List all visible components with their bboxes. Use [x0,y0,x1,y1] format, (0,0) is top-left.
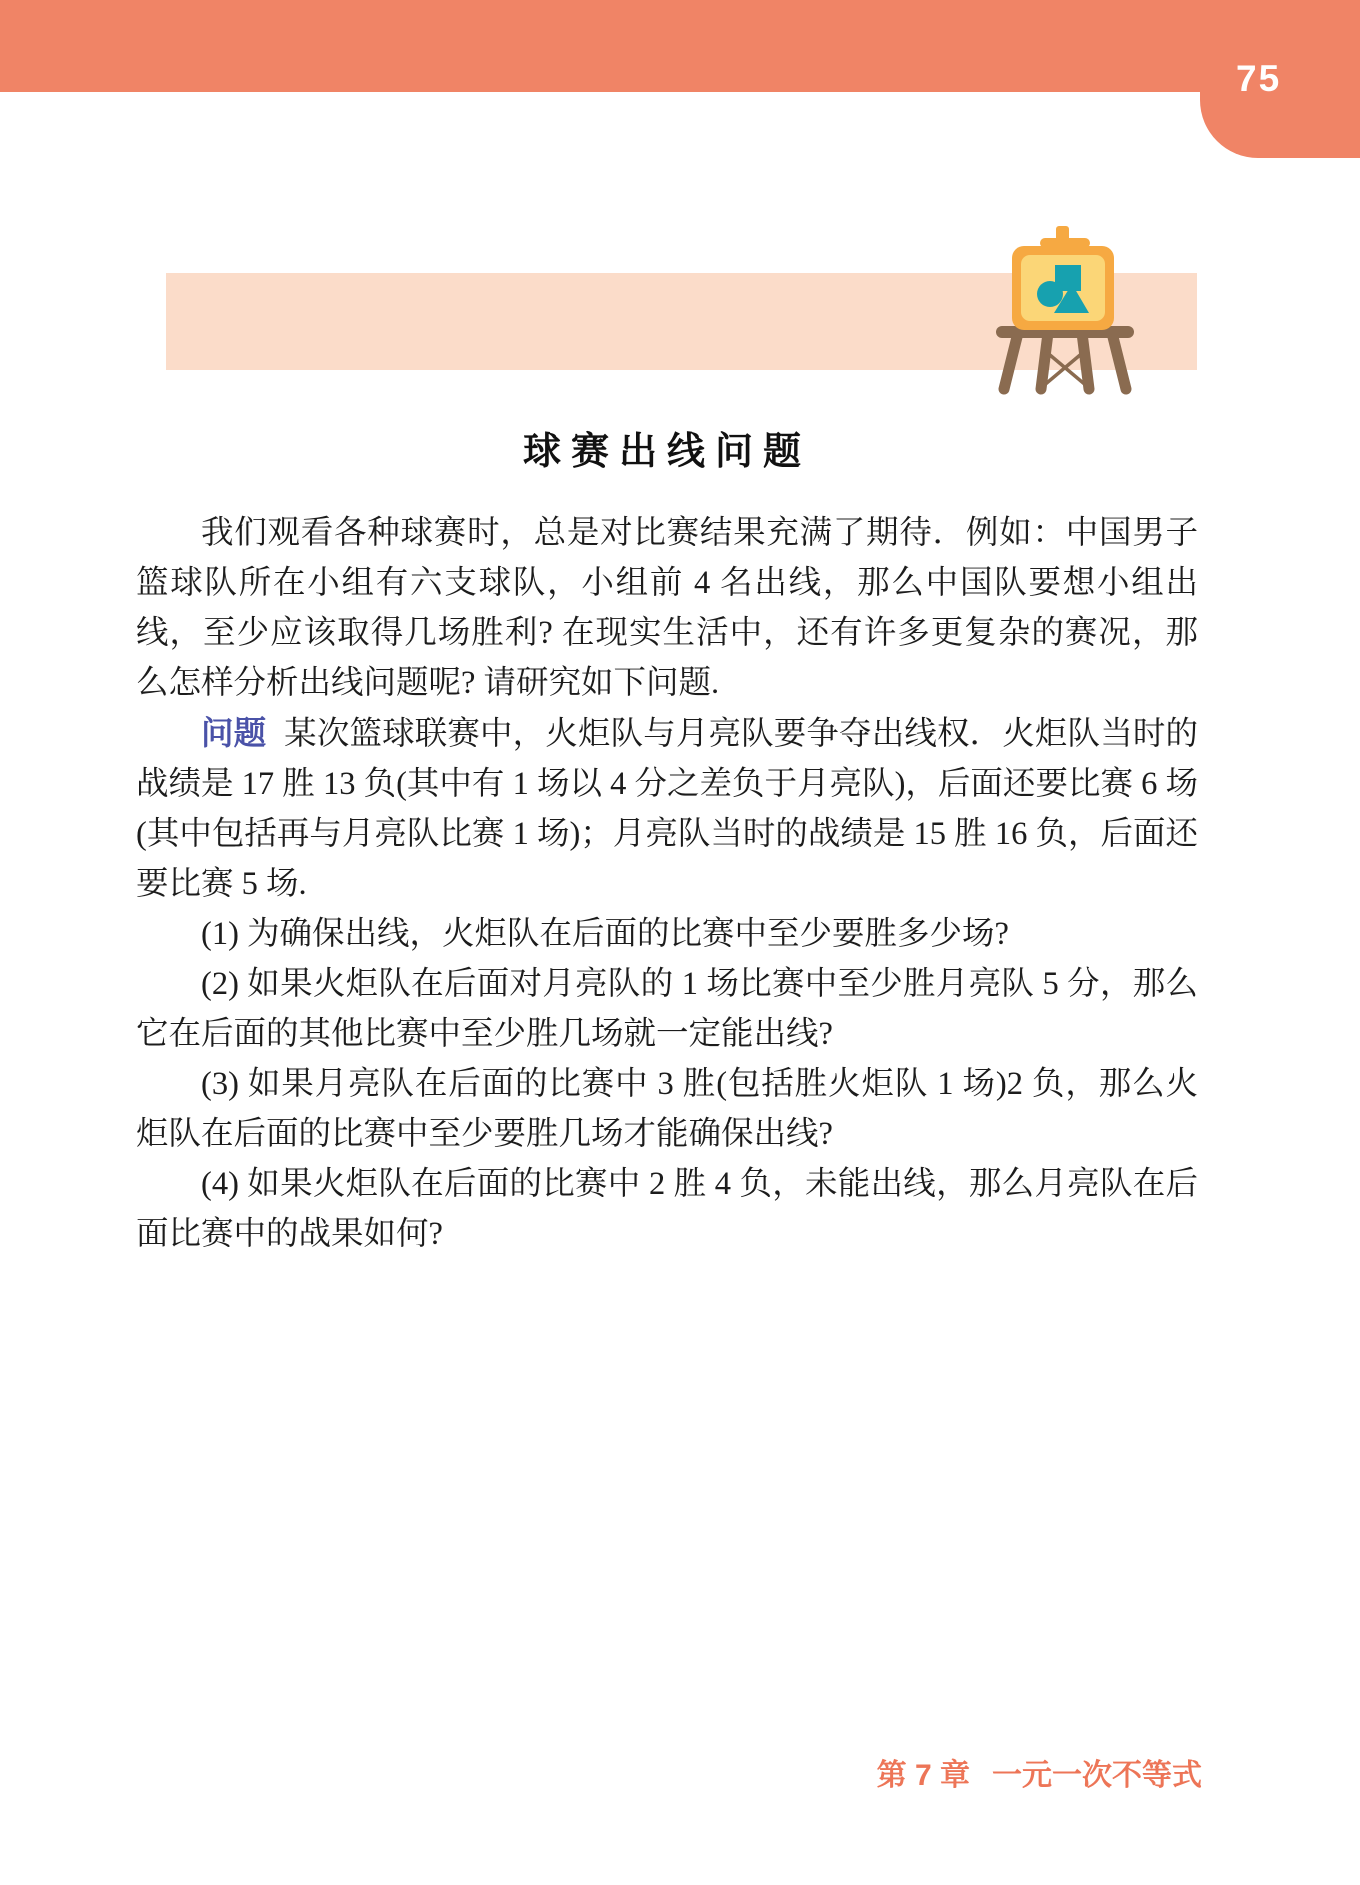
page-footer: 第 7 章一元一次不等式 [877,1750,1202,1794]
question-1: (1) 为确保出线，火炬队在后面的比赛中至少要胜多少场? [136,909,1198,959]
question-3: (3) 如果月亮队在后面的比赛中 3 胜(包括胜火炬队 1 场)2 负，那么火炬… [136,1059,1198,1159]
question-2: (2) 如果火炬队在后面对月亮队的 1 场比赛中至少胜月亮队 5 分，那么它在后… [136,959,1198,1059]
page-number: 75 [1236,58,1281,100]
problem-text: 某次篮球联赛中，火炬队与月亮队要争夺出线权．火炬队当时的战绩是 17 胜 13 … [136,716,1198,902]
page-number-tab: 75 [1200,0,1360,158]
problem-paragraph: 问题某次篮球联赛中，火炬队与月亮队要争夺出线权．火炬队当时的战绩是 17 胜 1… [136,708,1198,909]
footer-chapter-title: 一元一次不等式 [992,1759,1202,1792]
problem-label: 问题 [201,715,266,751]
easel-icon [995,222,1135,397]
section-title: 球赛出线问题 [136,420,1198,475]
footer-chapter-number: 第 7 章 [877,1759,970,1792]
intro-paragraph: 我们观看各种球赛时，总是对比赛结果充满了期待．例如：中国男子篮球队所在小组有六支… [136,508,1198,708]
body-text: 我们观看各种球赛时，总是对比赛结果充满了期待．例如：中国男子篮球队所在小组有六支… [136,508,1198,1259]
textbook-page: 75 球赛出线问题 我们观看各种球赛时，总是对比赛结果充满了期待．例如：中国男子… [0,0,1360,1885]
question-4: (4) 如果火炬队在后面的比赛中 2 胜 4 负，未能出线，那么月亮队在后面比赛… [136,1159,1198,1259]
top-color-bar [0,0,1360,92]
